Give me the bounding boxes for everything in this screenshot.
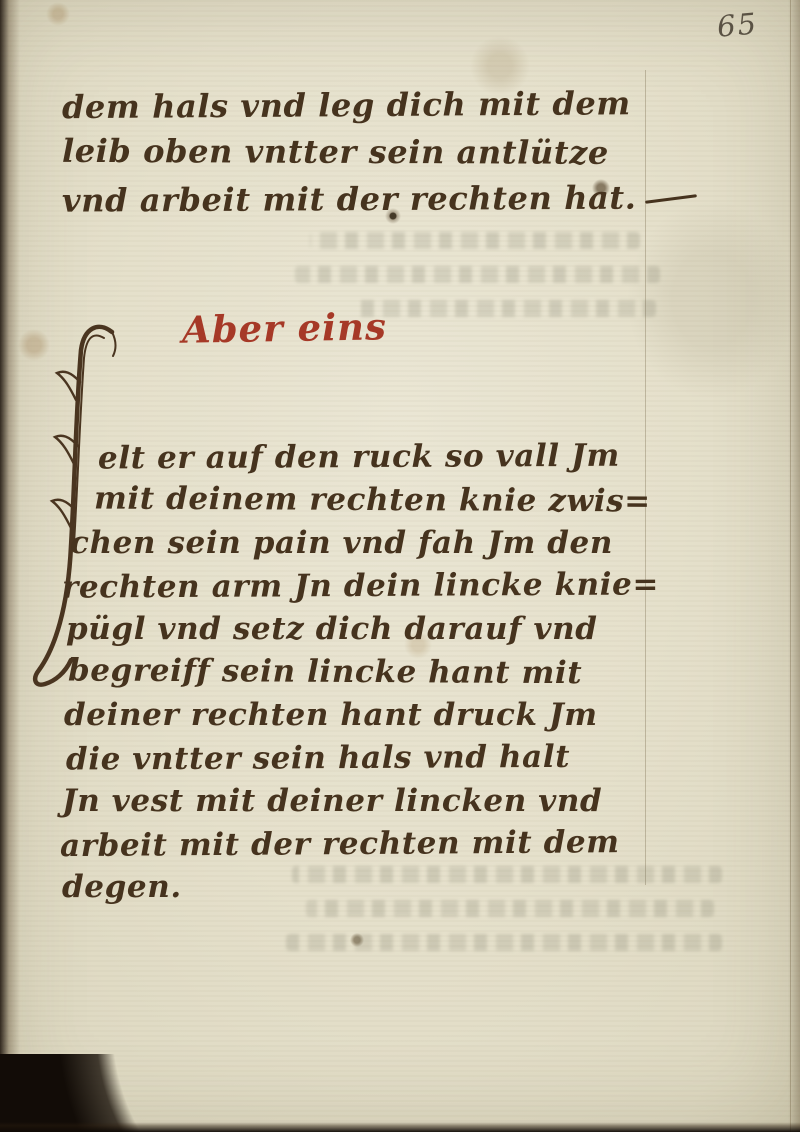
text-line: elt er auf den ruck so vall Jm: [98, 435, 659, 481]
text-line: die vntter sein hals vnd halt: [66, 735, 659, 781]
binding-edge-left: [0, 0, 20, 1132]
manuscript-scan: 65 dem hals vnd leg dich mit dem leib ob…: [0, 0, 800, 1132]
rubric-heading: Aber eins: [182, 304, 388, 352]
show-through-line: [295, 266, 660, 283]
page-crease-right: [790, 0, 791, 1132]
text-line-content: vnd arbeit mit der rechten hat.: [62, 179, 637, 220]
opening-paragraph: dem hals vnd leg dich mit dem leib oben …: [62, 82, 697, 223]
folio-number: 65: [716, 6, 760, 43]
text-line: begreiff sein lincke hant mit: [68, 649, 659, 695]
main-paragraph: elt er auf den ruck so vall Jm mit deine…: [60, 436, 659, 909]
text-line: pügl vnd setz dich darauf vnd: [66, 608, 659, 651]
line-end-flourish: [645, 194, 697, 204]
text-line: leib oben vntter sein antlütze: [62, 128, 697, 177]
text-line: Jn vest mit deiner lincken vnd: [62, 780, 659, 823]
show-through-line: [356, 300, 656, 317]
show-through-line: [286, 934, 722, 951]
text-line: rechten arm Jn dein lincke knie=: [62, 563, 659, 609]
page-edge-bottom: [0, 1122, 800, 1132]
text-line: vnd arbeit mit der rechten hat.: [62, 174, 697, 224]
dark-corner-bottom-left: [0, 1054, 300, 1132]
text-line: mit deinem rechten knie zwis=: [94, 478, 659, 524]
text-line: deiner rechten hant druck Jm: [64, 694, 659, 737]
text-line: dem hals vnd leg dich mit dem: [62, 80, 697, 131]
text-line: chen sein pain vnd fah Jm den: [70, 522, 659, 565]
show-through-line: [310, 232, 640, 249]
text-line: degen.: [62, 866, 659, 909]
text-line: arbeit mit der rechten mit dem: [60, 821, 659, 868]
